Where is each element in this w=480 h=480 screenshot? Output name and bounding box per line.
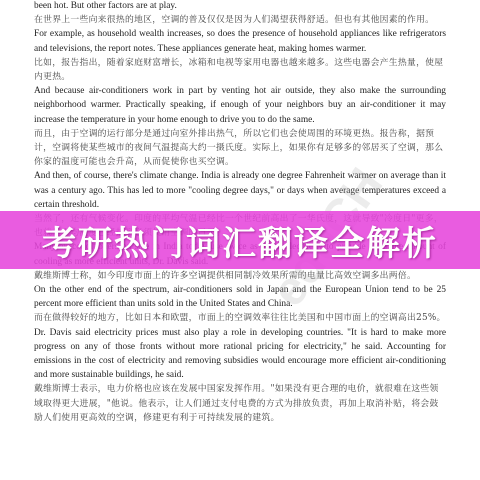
banner-title: 考研热门词汇翻译全解析: [42, 216, 438, 265]
paragraph-en: been hot. But other factors are at play.: [34, 0, 446, 13]
paragraph-zh: 在世界上一些向来很热的地区，空调的普及仅仅是因为人们渴望获得舒适。但也有其他因素…: [34, 13, 446, 27]
paragraph-zh: 而在做得较好的地方，比如日本和欧盟，市面上的空调效率往往比美国和中国市面上的空调…: [34, 311, 446, 325]
paragraph-en: And because air-conditioners work in par…: [34, 84, 446, 127]
paragraph-zh: 戴维斯博士表示，电力价格也应该在发展中国家发挥作用。"如果没有更合理的电价，就很…: [34, 382, 446, 425]
paragraph-en: Dr. Davis said electricity prices must a…: [34, 326, 446, 383]
paragraph-en: For example, as household wealth increas…: [34, 27, 446, 55]
paragraph-zh: 戴维斯博士称，如今印度市面上的许多空调提供相同制冷效果所需的电量比高效空调多出两…: [34, 269, 446, 283]
title-banner: 考研热门词汇翻译全解析: [0, 211, 480, 269]
paragraph-en: On the other end of the spectrum, air-co…: [34, 283, 446, 311]
paragraph-zh: 而且，由于空调的运行部分是通过向室外排出热气，所以它们也会使周围的环境更热。报告…: [34, 127, 446, 170]
paragraph-en: And then, of course, there's climate cha…: [34, 169, 446, 212]
paragraph-zh: 比如，报告指出，随着家庭财富增长，冰箱和电视等家用电器也越来越多。这些电器会产生…: [34, 56, 446, 84]
